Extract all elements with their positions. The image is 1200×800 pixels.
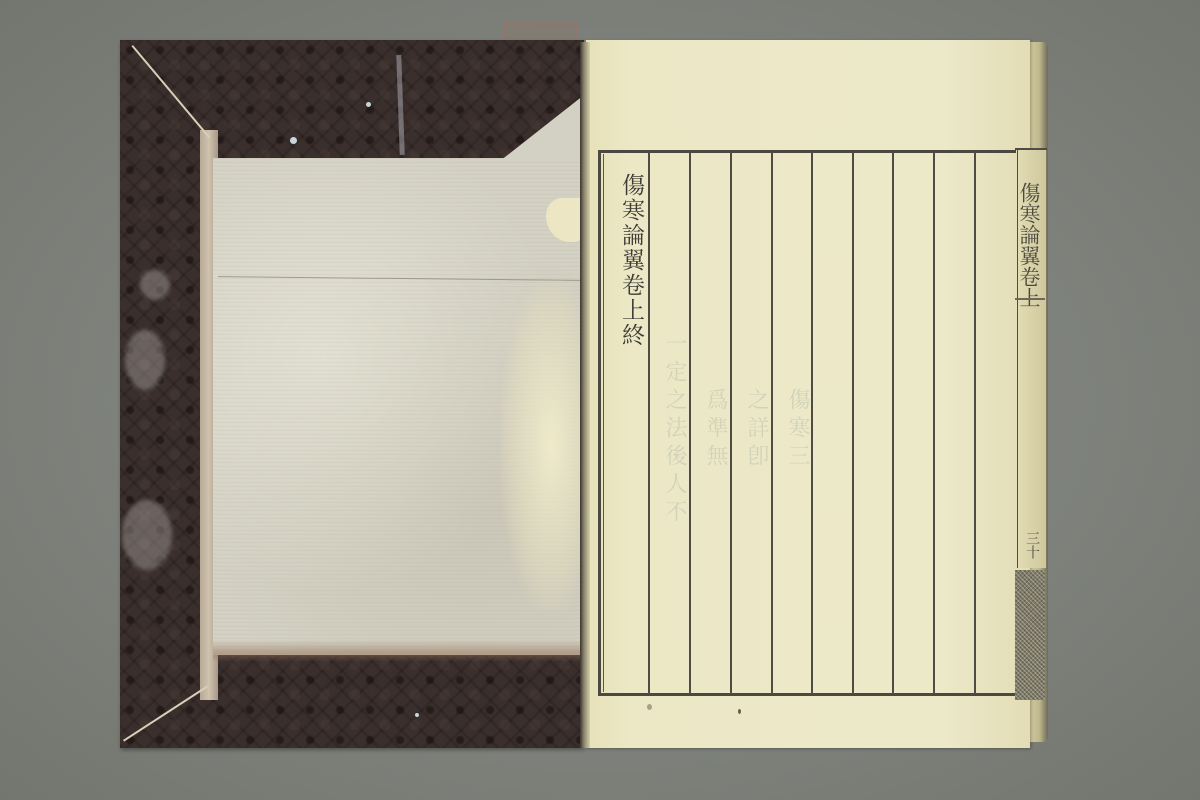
show-through-text: 之詳卽: [732, 165, 772, 695]
cover-scuff: [122, 500, 172, 570]
volume-end-title: 傷寒論翼卷上終: [604, 160, 648, 360]
fore-edge-black-mouth: [1015, 570, 1045, 700]
show-through-text: 一定之法後人不: [650, 165, 690, 695]
book-gutter: [580, 42, 590, 748]
paper-speck: [647, 704, 652, 710]
cover-hole: [366, 102, 371, 107]
fore-edge-page-number: 三十: [1018, 520, 1042, 570]
column-rule: [933, 152, 935, 694]
cover-hole: [290, 137, 297, 144]
cover-scuff: [140, 270, 170, 300]
show-through-text: 爲準無: [691, 165, 731, 695]
fore-edge-divider: [1015, 298, 1045, 300]
show-through-text: 傷寒三: [773, 165, 813, 695]
column-rule: [852, 152, 854, 694]
cover-scuff: [125, 330, 165, 390]
endpaper-stain: [213, 640, 583, 662]
column-rule: [974, 152, 976, 694]
torn-tissue-paper: [500, 280, 585, 610]
cover-hole: [415, 713, 419, 717]
fore-edge-title: 傷寒論翼卷上: [1016, 150, 1044, 340]
paper-speck: [738, 709, 741, 714]
column-rule: [892, 152, 894, 694]
